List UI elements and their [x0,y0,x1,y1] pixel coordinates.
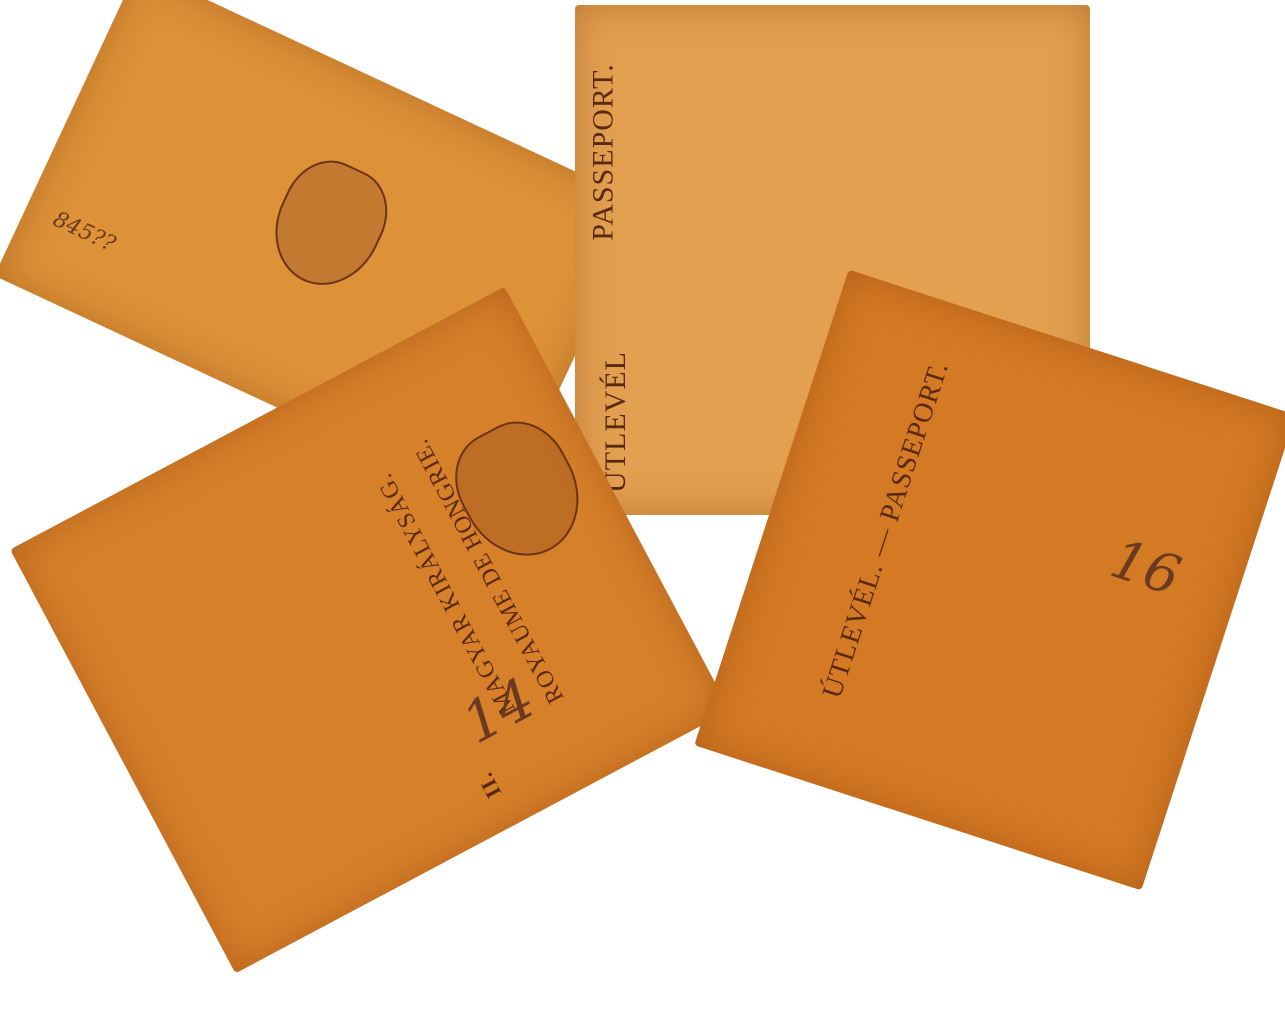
utlevel-label: ÚTLEVÉL [599,351,633,493]
utlevel-passeport-label: ÚTLEVÉL. — PASSEPORT. [817,358,956,703]
handwriting: 845?? [49,207,119,257]
passeport-label: PASSEPORT. [587,63,621,240]
handwriting: 16 [1103,527,1188,608]
coat-of-arms-icon [256,146,403,302]
volume-number: II. [472,768,507,803]
